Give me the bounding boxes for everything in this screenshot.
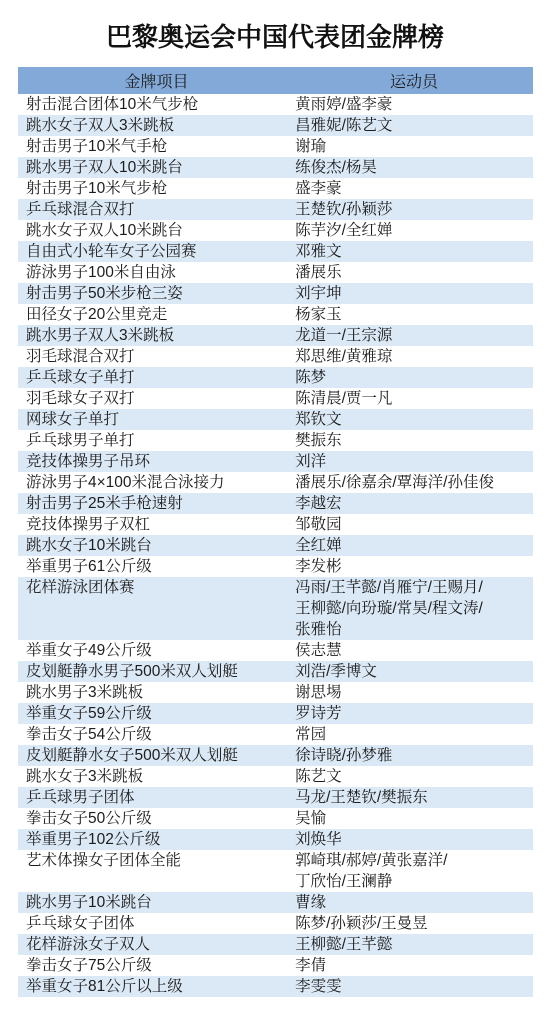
event-cell: 跳水女子双人10米跳台 [18,220,295,241]
table-row: 自由式小轮车女子公园赛 邓雅文 [18,241,533,262]
table-row: 乒乓球男子团体 马龙/王楚钦/樊振东 [18,787,533,808]
athletes-cell: 潘展乐 [295,262,533,283]
table-row: 艺术体操女子团体全能 郭崎琪/郝婷/黄张嘉洋/ 丁欣怡/王澜静 [18,850,533,892]
table-row: 乒乓球混合双打 王楚钦/孙颖莎 [18,199,533,220]
table-row: 跳水男子双人10米跳台 练俊杰/杨昊 [18,157,533,178]
event-cell: 跳水男子双人3米跳板 [18,325,295,346]
athletes-cell: 徐诗晓/孙梦雅 [295,745,533,766]
event-cell: 羽毛球混合双打 [18,346,295,367]
athletes-cell: 吴愉 [295,808,533,829]
event-cell: 乒乓球混合双打 [18,199,295,220]
table-row: 乒乓球女子团体 陈梦/孙颖莎/王曼昱 [18,913,533,934]
table-row: 乒乓球男子单打 樊振东 [18,430,533,451]
table-row: 羽毛球女子双打 陈清晨/贾一凡 [18,388,533,409]
athletes-cell: 罗诗芳 [295,703,533,724]
table-row: 跳水女子双人3米跳板 昌雅妮/陈艺文 [18,115,533,136]
athletes-cell: 刘洋 [295,451,533,472]
athletes-cell: 常园 [295,724,533,745]
table-row: 皮划艇静水男子500米双人划艇 刘浩/季博文 [18,661,533,682]
athletes-cell: 陈艺文 [295,766,533,787]
table-row: 举重男子102公斤级 刘焕华 [18,829,533,850]
event-cell: 乒乓球女子团体 [18,913,295,934]
athletes-cell: 侯志慧 [295,640,533,661]
table-row: 跳水男子3米跳板 谢思埸 [18,682,533,703]
event-cell: 乒乓球男子单打 [18,430,295,451]
event-cell: 田径女子20公里竞走 [18,304,295,325]
event-cell: 羽毛球女子双打 [18,388,295,409]
event-cell: 乒乓球女子单打 [18,367,295,388]
table-row: 网球女子单打 郑钦文 [18,409,533,430]
table-row: 跳水女子3米跳板 陈艺文 [18,766,533,787]
event-cell: 皮划艇静水女子500米双人划艇 [18,745,295,766]
event-cell: 艺术体操女子团体全能 [18,850,295,892]
athletes-cell: 王楚钦/孙颖莎 [295,199,533,220]
event-cell: 举重男子61公斤级 [18,556,295,577]
table-row: 射击男子50米步枪三姿 刘宇坤 [18,283,533,304]
event-cell: 跳水男子3米跳板 [18,682,295,703]
event-cell: 自由式小轮车女子公园赛 [18,241,295,262]
event-cell: 花样游泳团体赛 [18,577,295,640]
table-row: 跳水女子10米跳台 全红婵 [18,535,533,556]
event-cell: 拳击女子50公斤级 [18,808,295,829]
athletes-cell: 樊振东 [295,430,533,451]
athletes-cell: 龙道一/王宗源 [295,325,533,346]
event-cell: 射击男子50米步枪三姿 [18,283,295,304]
athletes-cell: 李倩 [295,955,533,976]
event-cell: 乒乓球男子团体 [18,787,295,808]
table-row: 竞技体操男子吊环 刘洋 [18,451,533,472]
table-row: 跳水女子双人10米跳台 陈芋汐/全红婵 [18,220,533,241]
table-row: 乒乓球女子单打 陈梦 [18,367,533,388]
table-row: 竞技体操男子双杠 邹敬园 [18,514,533,535]
table-row: 游泳男子100米自由泳 潘展乐 [18,262,533,283]
athletes-cell: 冯雨/王芊懿/肖雁宁/王赐月/ 王柳懿/向玢璇/常昊/程文涛/ 张雅怡 [295,577,533,640]
athletes-cell: 郑钦文 [295,409,533,430]
column-header-athletes: 运动员 [295,69,533,92]
athletes-cell: 郭崎琪/郝婷/黄张嘉洋/ 丁欣怡/王澜静 [295,850,533,892]
event-cell: 举重女子49公斤级 [18,640,295,661]
table-row: 跳水男子10米跳台 曹缘 [18,892,533,913]
event-cell: 跳水男子10米跳台 [18,892,295,913]
event-cell: 跳水女子10米跳台 [18,535,295,556]
table-row: 举重女子59公斤级 罗诗芳 [18,703,533,724]
table-row: 跳水男子双人3米跳板 龙道一/王宗源 [18,325,533,346]
athletes-cell: 陈芋汐/全红婵 [295,220,533,241]
table-row: 羽毛球混合双打 郑思维/黄雅琼 [18,346,533,367]
event-cell: 游泳男子4×100米混合泳接力 [18,472,295,493]
event-cell: 拳击女子54公斤级 [18,724,295,745]
athletes-cell: 李发彬 [295,556,533,577]
athletes-cell: 陈梦/孙颖莎/王曼昱 [295,913,533,934]
athletes-cell: 盛李豪 [295,178,533,199]
athletes-cell: 陈梦 [295,367,533,388]
table-row: 皮划艇静水女子500米双人划艇 徐诗晓/孙梦雅 [18,745,533,766]
event-cell: 射击男子10米气手枪 [18,136,295,157]
table-row: 射击男子25米手枪速射 李越宏 [18,493,533,514]
event-cell: 拳击女子75公斤级 [18,955,295,976]
event-cell: 竞技体操男子吊环 [18,451,295,472]
table-row: 花样游泳女子双人 王柳懿/王芊懿 [18,934,533,955]
athletes-cell: 全红婵 [295,535,533,556]
event-cell: 射击混合团体10米气步枪 [18,94,295,115]
table-header-row: 金牌项目 运动员 [18,67,533,94]
event-cell: 跳水女子3米跳板 [18,766,295,787]
table-row: 拳击女子75公斤级 李倩 [18,955,533,976]
athletes-cell: 马龙/王楚钦/樊振东 [295,787,533,808]
table-row: 举重女子49公斤级 侯志慧 [18,640,533,661]
event-cell: 射击男子25米手枪速射 [18,493,295,514]
athletes-cell: 李越宏 [295,493,533,514]
athletes-cell: 李雯雯 [295,976,533,997]
athletes-cell: 潘展乐/徐嘉余/覃海洋/孙佳俊 [295,472,533,493]
table-row: 田径女子20公里竞走 杨家玉 [18,304,533,325]
athletes-cell: 邹敬园 [295,514,533,535]
athletes-cell: 谢思埸 [295,682,533,703]
event-cell: 皮划艇静水男子500米双人划艇 [18,661,295,682]
athletes-cell: 练俊杰/杨昊 [295,157,533,178]
table-row: 花样游泳团体赛 冯雨/王芊懿/肖雁宁/王赐月/ 王柳懿/向玢璇/常昊/程文涛/ … [18,577,533,640]
table-row: 拳击女子50公斤级 吴愉 [18,808,533,829]
athletes-cell: 谢瑜 [295,136,533,157]
page-title: 巴黎奥运会中国代表团金牌榜 [0,0,550,67]
gold-medal-table: 金牌项目 运动员 射击混合团体10米气步枪 黄雨婷/盛李豪 跳水女子双人3米跳板… [18,67,533,997]
athletes-cell: 王柳懿/王芊懿 [295,934,533,955]
table-row: 射击混合团体10米气步枪 黄雨婷/盛李豪 [18,94,533,115]
event-cell: 跳水女子双人3米跳板 [18,115,295,136]
athletes-cell: 黄雨婷/盛李豪 [295,94,533,115]
event-cell: 花样游泳女子双人 [18,934,295,955]
event-cell: 射击男子10米气步枪 [18,178,295,199]
event-cell: 竞技体操男子双杠 [18,514,295,535]
event-cell: 举重女子59公斤级 [18,703,295,724]
athletes-cell: 昌雅妮/陈艺文 [295,115,533,136]
athletes-cell: 邓雅文 [295,241,533,262]
table-row: 举重男子61公斤级 李发彬 [18,556,533,577]
event-cell: 跳水男子双人10米跳台 [18,157,295,178]
athletes-cell: 曹缘 [295,892,533,913]
athletes-cell: 刘宇坤 [295,283,533,304]
athletes-cell: 刘浩/季博文 [295,661,533,682]
athletes-cell: 杨家玉 [295,304,533,325]
table-row: 拳击女子54公斤级 常园 [18,724,533,745]
event-cell: 游泳男子100米自由泳 [18,262,295,283]
table-row: 射击男子10米气步枪 盛李豪 [18,178,533,199]
table-row: 游泳男子4×100米混合泳接力 潘展乐/徐嘉余/覃海洋/孙佳俊 [18,472,533,493]
athletes-cell: 陈清晨/贾一凡 [295,388,533,409]
athletes-cell: 郑思维/黄雅琼 [295,346,533,367]
event-cell: 举重男子102公斤级 [18,829,295,850]
table-row: 举重女子81公斤以上级 李雯雯 [18,976,533,997]
column-header-event: 金牌项目 [18,69,295,92]
event-cell: 举重女子81公斤以上级 [18,976,295,997]
table-body: 射击混合团体10米气步枪 黄雨婷/盛李豪 跳水女子双人3米跳板 昌雅妮/陈艺文 … [18,94,533,997]
athletes-cell: 刘焕华 [295,829,533,850]
event-cell: 网球女子单打 [18,409,295,430]
table-row: 射击男子10米气手枪 谢瑜 [18,136,533,157]
